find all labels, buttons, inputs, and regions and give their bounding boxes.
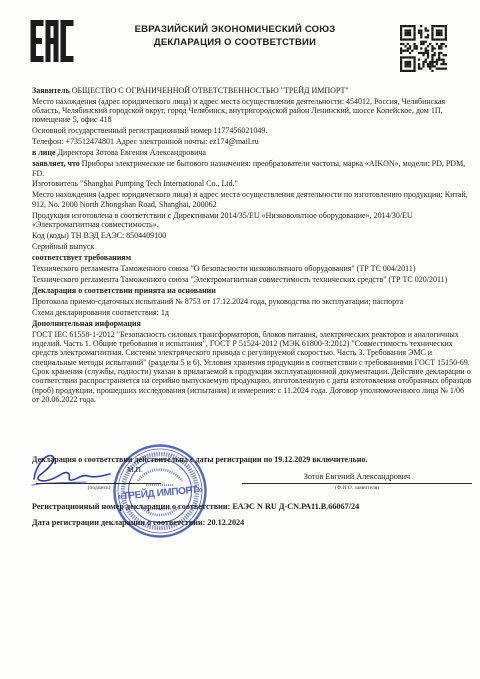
paragraph-ogrn: Основной государственный регистрационный… [32,125,472,136]
applicant-name: Зотов Евгений Александрович [242,472,472,481]
declaration-document: ЕВРАЗИЙСКИЙ ЭКОНОМИЧЕСКИЙ СОЮЗ ДЕКЛАРАЦИ… [0,0,480,679]
registration-number-value: ЕАЭС N RU Д-CN.РА11.В.66067/24 [232,502,359,511]
document-body: ЗаявительОБЩЕСТВО С ОГРАНИЧЕННОЙ ОТВЕТСТ… [32,84,472,404]
paragraph-representative: в лицеДиректора Зотова Евгения Александр… [32,147,472,158]
paragraph-contacts: Телефон: +73512474801 Адрес электронной … [32,136,472,147]
paragraph-tnved-code: Код (коды) ТН ВЭД ЕАЭС: 8504409100 [32,229,472,240]
paragraph-manufacturer-address: Место нахождения (адрес юридического лиц… [32,189,472,209]
name-line [242,483,472,484]
paragraph-serial-production: Серийный выпуск [32,240,472,251]
heading-additional-info: Дополнительная информация [32,317,472,328]
paragraph-applicant-address: Место нахождения (адрес юридического лиц… [32,95,472,125]
paragraph-tr-ts-004: Технического регламента Таможенного союз… [32,262,472,273]
heading-basis: Декларация о соответствии принята на осн… [32,284,472,295]
title-line2: ДЕКЛАРАЦИЯ О СООТВЕТСТВИИ [85,36,385,49]
registration-number-line: Регистрационный номер декларации о соотв… [32,502,478,511]
name-caption: (Ф.И.О. заявителя) [242,485,472,491]
registration-date-value: 20.12.2024 [207,518,244,527]
paragraph-directives: Продукция изготовлена в соответствии с Д… [32,209,472,229]
paragraph-applicant: ЗаявительОБЩЕСТВО С ОГРАНИЧЕННОЙ ОТВЕТСТ… [32,84,472,95]
paragraph-product: заявляет, чтоПриборы электрические не бы… [32,158,472,178]
document-title: ЕВРАЗИЙСКИЙ ЭКОНОМИЧЕСКИЙ СОЮЗ ДЕКЛАРАЦИ… [85,23,385,49]
paragraph-declaration-scheme: Схема декларирования соответствия: 1д [32,306,472,317]
heading-complies-with: соответствует требованиям [32,251,472,262]
registration-date-line: Дата регистрации декларации о соответств… [32,518,478,527]
paragraph-manufacturer: Изготовитель "Shanghai Pumping Tech Inte… [32,178,472,189]
paragraph-tr-ts-020: Технического регламента Таможенного союз… [32,273,472,284]
title-line1: ЕВРАЗИЙСКИЙ ЭКОНОМИЧЕСКИЙ СОЮЗ [85,23,385,36]
paragraph-additional-info: ГОСТ IEC 61558-1-2012 "Безопасность сило… [32,328,472,404]
eac-logo [30,20,74,62]
company-stamp: «ТРЕЙД ИМПОРТ» [112,443,208,539]
qr-code-icon [400,25,447,72]
paragraph-test-protocol: Протокола приемо-сдаточных испытаний № 8… [32,295,472,306]
